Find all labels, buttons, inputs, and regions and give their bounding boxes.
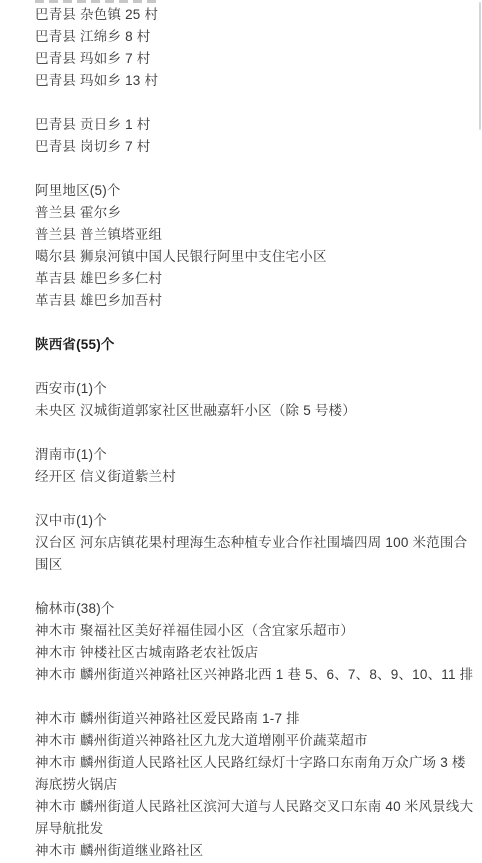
text-line: 神木市 麟州街道兴神路社区爱民路南 1-7 排 (35, 708, 475, 730)
text-line: 神木市 麟州街道人民路社区人民路红绿灯十字路口东南角万众广场 3 楼海底捞火锅店 (35, 752, 475, 796)
text-line: 普兰县 霍尔乡 (35, 202, 475, 224)
text-line: 神木市 麟州街道继业路社区 (35, 840, 475, 862)
blank-line (35, 312, 475, 334)
text-line: 渭南市(1)个 (35, 444, 475, 466)
text-line: 汉台区 河东店镇花果村理海生态种植专业合作社围墙四周 100 米范围合围区 (35, 532, 475, 576)
text-line: 西安市(1)个 (35, 378, 475, 400)
text-line: 榆林市(38)个 (35, 598, 475, 620)
text-line: 神木市 麟州街道兴神路社区九龙大道增刚平价蔬菜超市 (35, 730, 475, 752)
text-line: 经开区 信义街道紫兰村 (35, 466, 475, 488)
text-line: 汉中市(1)个 (35, 510, 475, 532)
risk-area-list: 巴青县 杂色镇 25 村巴青县 江绵乡 8 村巴青县 玛如乡 7 村巴青县 玛如… (35, 4, 475, 862)
province-heading: 陕西省(55)个 (35, 334, 475, 356)
text-line: 革吉县 雄巴乡加吾村 (35, 290, 475, 312)
text-line: 革吉县 雄巴乡多仁村 (35, 268, 475, 290)
scrollbar-thumb[interactable] (479, 2, 481, 130)
text-line: 巴青县 玛如乡 13 村 (35, 70, 475, 92)
text-line: 巴青县 岗切乡 7 村 (35, 136, 475, 158)
text-line: 巴青县 玛如乡 7 村 (35, 48, 475, 70)
blank-line (35, 356, 475, 378)
text-line: 阿里地区(5)个 (35, 180, 475, 202)
blank-line (35, 686, 475, 708)
blank-line (35, 576, 475, 598)
blank-line (35, 92, 475, 114)
text-line: 巴青县 江绵乡 8 村 (35, 26, 475, 48)
blank-line (35, 422, 475, 444)
text-line: 未央区 汉城街道郭家社区世融嘉轩小区（除 5 号楼） (35, 400, 475, 422)
text-line: 神木市 聚福社区美好祥福佳园小区（含宜家乐超市） (35, 620, 475, 642)
text-line: 神木市 麟州街道兴神路社区兴神路北西 1 巷 5、6、7、8、9、10、11 排 (35, 664, 475, 686)
clipped-text-line-top (35, 0, 159, 3)
text-line: 巴青县 贡日乡 1 村 (35, 114, 475, 136)
blank-line (35, 158, 475, 180)
text-line: 普兰县 普兰镇塔亚组 (35, 224, 475, 246)
text-line: 神木市 钟楼社区古城南路老农社饭店 (35, 642, 475, 664)
text-line: 巴青县 杂色镇 25 村 (35, 4, 475, 26)
text-line: 噶尔县 狮泉河镇中国人民银行阿里中支住宅小区 (35, 246, 475, 268)
text-line: 神木市 麟州街道人民路社区滨河大道与人民路交叉口东南 40 米风景线大屏导航批发 (35, 796, 475, 840)
blank-line (35, 488, 475, 510)
